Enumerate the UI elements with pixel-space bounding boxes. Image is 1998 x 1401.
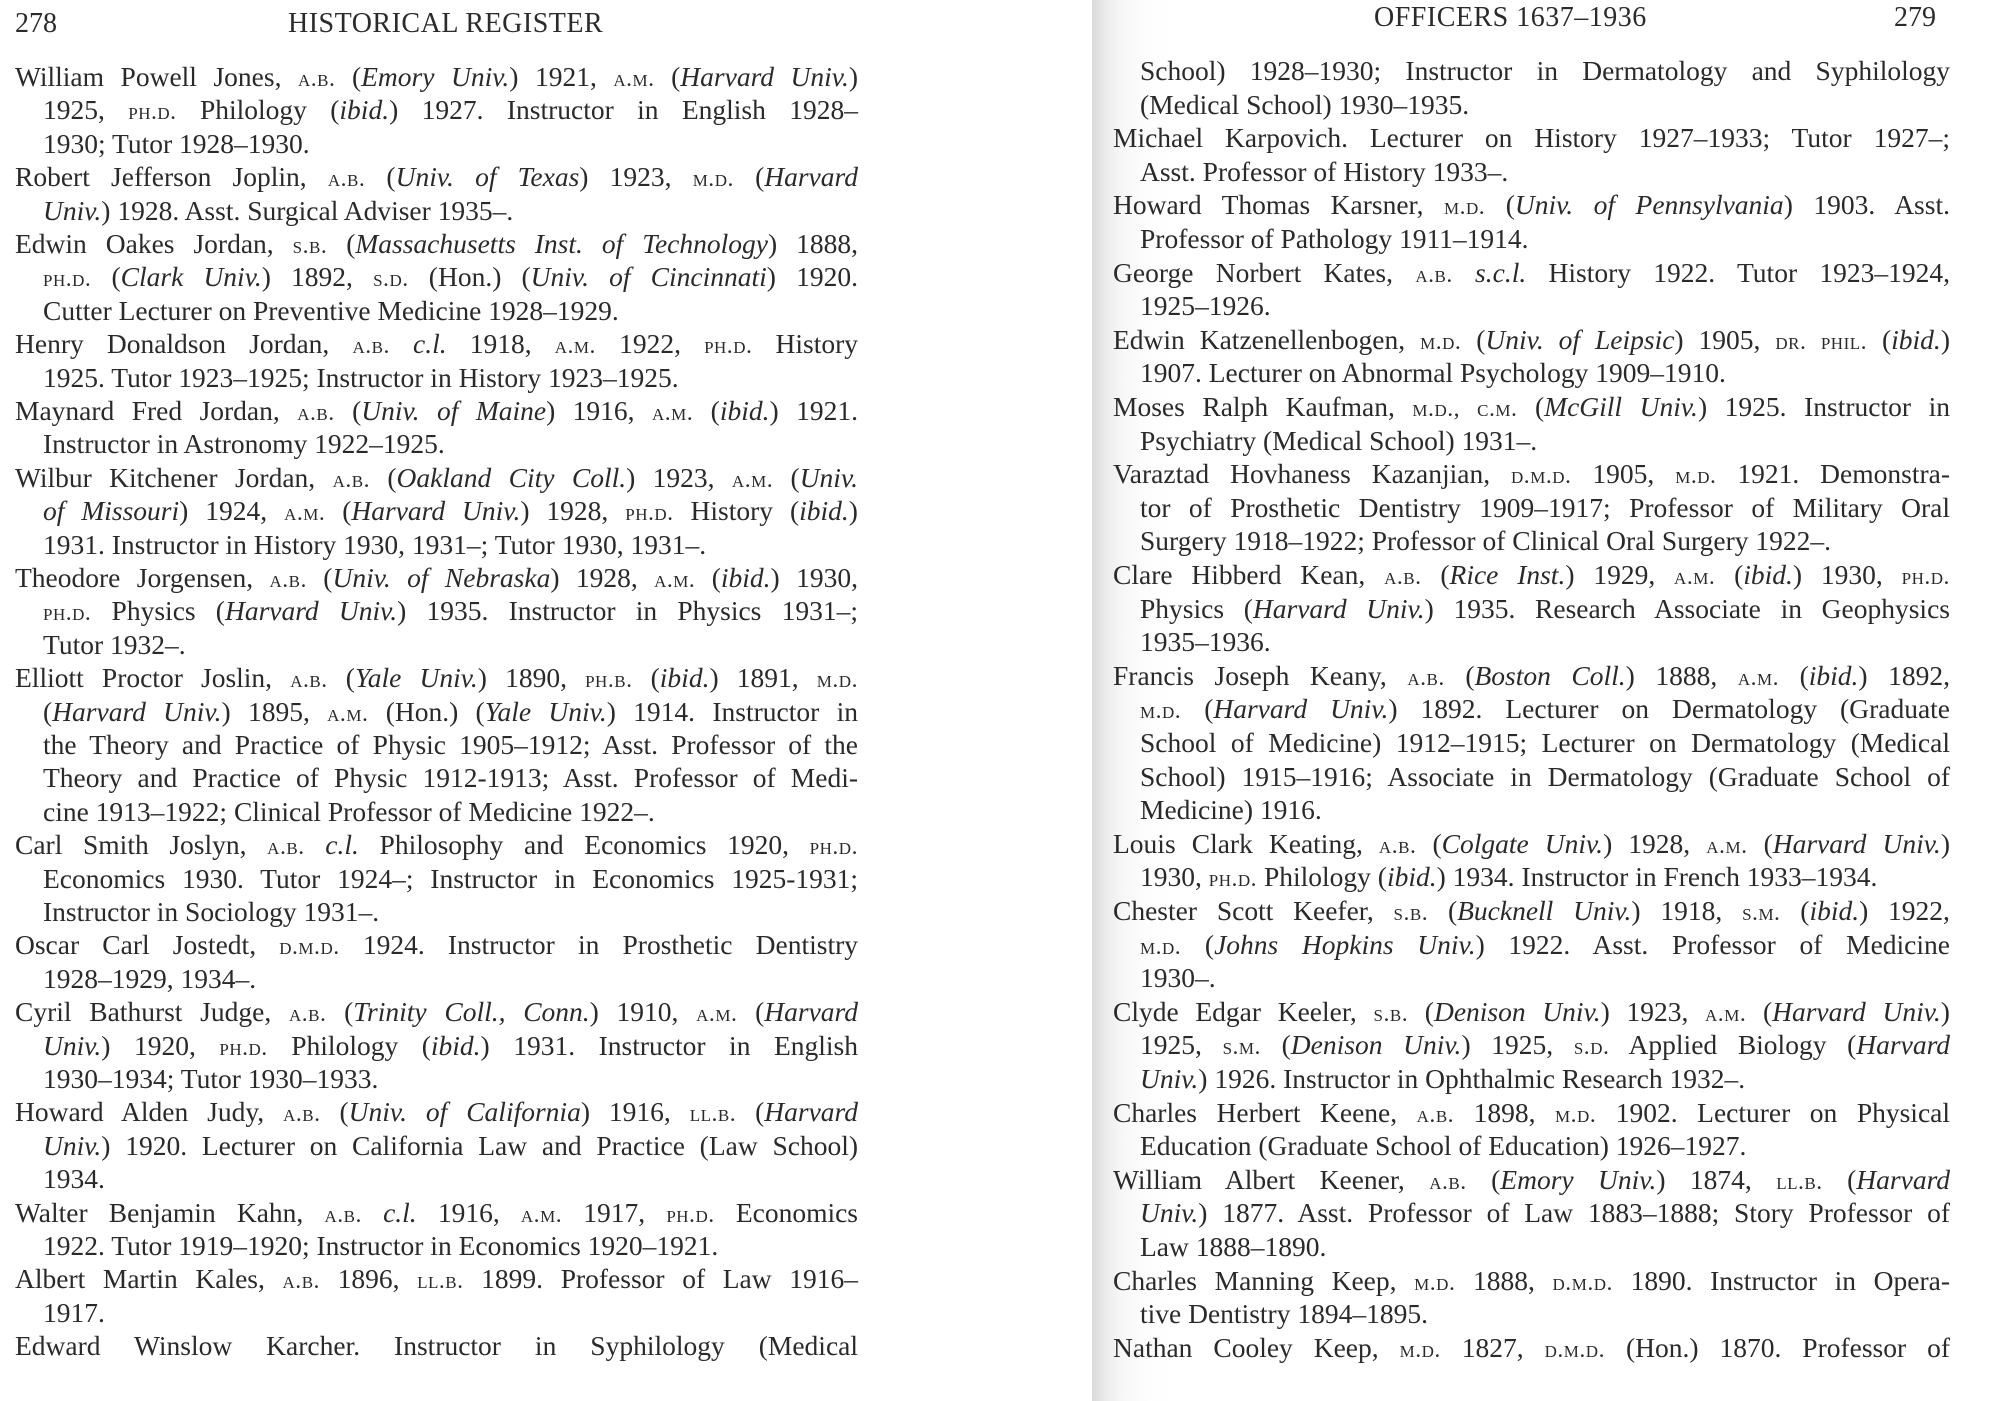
- text: Maynard Fred Jordan,: [15, 395, 297, 426]
- italic-text: Univ. of Nebraska: [332, 562, 550, 593]
- text: ) 1935. Instructor in Physics 1931–;: [397, 595, 858, 626]
- italic-text: of Missouri: [43, 495, 179, 526]
- degree-abbrev: M.D.: [1140, 698, 1181, 724]
- italic-text: ibid.: [1809, 895, 1859, 926]
- text: History 1922. Tutor 1923–1924,: [1526, 257, 1950, 288]
- text: (: [1416, 828, 1441, 859]
- degree-abbrev: A.M.: [696, 1001, 737, 1027]
- text: 1905,: [1571, 458, 1675, 489]
- text: Physics (: [91, 595, 225, 626]
- text: (: [326, 996, 353, 1027]
- text: ) 1929,: [1565, 559, 1674, 590]
- degree-abbrev: M.D., C.M.: [1412, 396, 1517, 422]
- text: Physics (: [1140, 593, 1253, 624]
- entry-continuation-line: M.D. (Johns Hopkins Univ.) 1922. Asst. P…: [1140, 928, 1950, 964]
- entry-continuation-line: School of Medicine) 1912–1915; Lecturer …: [1140, 726, 1950, 759]
- italic-text: ibid.: [799, 495, 849, 526]
- text: (: [773, 462, 800, 493]
- text: 1918,: [447, 328, 555, 359]
- italic-text: ibid.: [339, 94, 389, 125]
- text: 1827,: [1441, 1332, 1545, 1363]
- text: ) 1928,: [550, 562, 654, 593]
- degree-abbrev: A.B.: [1417, 1102, 1454, 1128]
- italic-text: ibid.: [1743, 559, 1793, 590]
- entry-continuation-line: 1930, PH.D. Philology (ibid.) 1934. Inst…: [1140, 860, 1950, 896]
- text: tive Dentistry 1894–1895.: [1140, 1298, 1428, 1329]
- degree-abbrev: S.B.: [1373, 1001, 1408, 1027]
- text: (: [43, 696, 52, 727]
- degree-abbrev: A.B.: [1379, 833, 1416, 859]
- entry-continuation-line: PH.D. (Clark Univ.) 1892, S.D. (Hon.) (U…: [43, 260, 858, 296]
- text: 1899. Professor of Law 1916–: [464, 1263, 858, 1294]
- entry-continuation-line: Law 1888–1890.: [1140, 1230, 1950, 1263]
- text: [1453, 257, 1475, 288]
- text: (: [632, 662, 659, 693]
- entry-continuation-line: 1935–1936.: [1140, 625, 1950, 658]
- italic-text: Harvard: [1856, 1164, 1950, 1195]
- text: George Norbert Kates,: [1113, 257, 1415, 288]
- degree-abbrev: A.B.: [290, 667, 327, 693]
- text: Economics 1930. Tutor 1924–; Instructor …: [43, 863, 858, 894]
- degree-abbrev: A.B.: [289, 1001, 326, 1027]
- text: [390, 328, 413, 359]
- entry-continuation-line: Univ.) 1877. Asst. Professor of Law 1883…: [1140, 1196, 1950, 1229]
- text: (: [365, 161, 395, 192]
- degree-abbrev: S.B.: [293, 233, 328, 259]
- degree-abbrev: PH.D.: [810, 834, 858, 860]
- degree-abbrev: A.B.: [1429, 1169, 1466, 1195]
- text: (: [1428, 895, 1457, 926]
- degree-abbrev: A.B.: [283, 1101, 320, 1127]
- text: (: [1408, 996, 1434, 1027]
- italic-text: Univ. of Leipsic: [1485, 324, 1674, 355]
- entry-continuation-line: 1930; Tutor 1928–1930.: [43, 127, 858, 160]
- text: ) 1924,: [179, 495, 284, 526]
- entry-continuation-line: 1934.: [43, 1162, 858, 1195]
- text: Asst. Professor of History 1933–.: [1140, 156, 1508, 187]
- entry-continuation-line: cine 1913–1922; Clinical Professor of Me…: [43, 795, 858, 828]
- left-page: 278 HISTORICAL REGISTER William Powell J…: [0, 0, 1090, 1401]
- entry-continuation-line: 1930–.: [1140, 961, 1950, 994]
- text: [362, 1197, 383, 1228]
- entry-continuation-line: tor of Prosthetic Dentistry 1909–1917; P…: [1140, 491, 1950, 524]
- entry-continuation-line: Cutter Lecturer on Preventive Medicine 1…: [43, 294, 858, 327]
- italic-text: ibid.: [1387, 861, 1437, 892]
- degree-abbrev: A.B.: [1415, 262, 1452, 288]
- text: Philology (: [268, 1030, 431, 1061]
- text: (: [321, 1096, 349, 1127]
- degree-abbrev: A.M.: [1705, 1001, 1746, 1027]
- text: ) 1910,: [590, 996, 696, 1027]
- text: (: [1746, 996, 1772, 1027]
- degree-abbrev: A.B.: [267, 834, 304, 860]
- text: Cyril Bathurst Judge,: [15, 996, 289, 1027]
- text: ) 1925,: [1461, 1029, 1573, 1060]
- entry-continuation-line: M.D. (Harvard Univ.) 1892. Lecturer on D…: [1140, 692, 1950, 728]
- text: Louis Clark Keating,: [1113, 828, 1379, 859]
- entry-first-line: Wilbur Kitchener Jordan, A.B. (Oakland C…: [15, 461, 858, 497]
- italic-text: Univ. of Texas: [396, 161, 580, 192]
- entry-continuation-line: Professor of Pathology 1911–1914.: [1140, 222, 1950, 255]
- entry-continuation-line: Asst. Professor of History 1933–.: [1140, 155, 1950, 188]
- text: ) 1918,: [1631, 895, 1742, 926]
- text: ): [849, 61, 858, 92]
- degree-abbrev: PH.D.: [43, 600, 91, 626]
- text: ) 1926. Instructor in Ophthalmic Researc…: [1198, 1063, 1745, 1094]
- text: (: [1867, 324, 1891, 355]
- degree-abbrev: DR. PHIL.: [1775, 329, 1867, 355]
- entry-continuation-line: 1917.: [43, 1296, 858, 1329]
- text: 1896,: [320, 1263, 417, 1294]
- italic-text: Harvard Univ.: [680, 61, 849, 92]
- italic-text: Harvard: [764, 1096, 858, 1127]
- degree-abbrev: M.D.: [1140, 934, 1181, 960]
- italic-text: Emory Univ.: [361, 61, 509, 92]
- text: Education (Graduate School of Education)…: [1140, 1130, 1746, 1161]
- text: ) 1914. Instructor in: [607, 696, 858, 727]
- italic-text: Denison Univ.: [1291, 1029, 1462, 1060]
- text: 1934.: [43, 1163, 105, 1194]
- text: (: [335, 61, 361, 92]
- text: ) 1892,: [262, 261, 373, 292]
- text: (: [1181, 693, 1213, 724]
- italic-text: Univ.: [43, 1030, 101, 1061]
- entry-continuation-line: Economics 1930. Tutor 1924–; Instructor …: [43, 862, 858, 895]
- italic-text: Boston Coll.: [1474, 660, 1625, 691]
- text: ) 1928. Asst. Surgical Adviser 1935–.: [101, 195, 513, 226]
- text: (: [91, 261, 120, 292]
- entry-first-line: Maynard Fred Jordan, A.B. (Univ. of Main…: [15, 394, 858, 430]
- text: (: [655, 61, 681, 92]
- text: (: [1823, 1164, 1857, 1195]
- text: Albert Martin Kales,: [15, 1263, 283, 1294]
- text: (: [327, 228, 355, 259]
- degree-abbrev: A.M.: [732, 467, 773, 493]
- text: ) 1922,: [1859, 895, 1950, 926]
- entry-first-line: Howard Thomas Karsner, M.D. (Univ. of Pe…: [1113, 188, 1950, 224]
- entry-continuation-line: School) 1928–1930; Instructor in Dermato…: [1140, 54, 1950, 87]
- italic-text: McGill Univ.: [1544, 391, 1698, 422]
- italic-text: c.l.: [325, 829, 359, 860]
- degree-abbrev: A.B.: [1407, 665, 1444, 691]
- italic-text: Univ.: [1140, 1197, 1198, 1228]
- entry-continuation-line: tive Dentistry 1894–1895.: [1140, 1297, 1950, 1330]
- italic-text: Bucknell Univ.: [1457, 895, 1631, 926]
- italic-text: Harvard Univ.: [52, 696, 221, 727]
- italic-text: ibid.: [431, 1030, 481, 1061]
- text: ): [1941, 324, 1950, 355]
- italic-text: ibid.: [1891, 324, 1941, 355]
- text: ) 1916,: [581, 1096, 690, 1127]
- running-head-left: HISTORICAL REGISTER: [288, 8, 603, 40]
- italic-text: ibid.: [721, 562, 771, 593]
- text: Clyde Edgar Keeler,: [1113, 996, 1373, 1027]
- entry-continuation-line: Tutor 1932–.: [43, 628, 858, 661]
- degree-abbrev: A.M.: [1706, 833, 1747, 859]
- degree-abbrev: LL.B.: [690, 1101, 736, 1127]
- text: Francis Joseph Keany,: [1113, 660, 1407, 691]
- degree-abbrev: A.M.: [521, 1202, 562, 1228]
- italic-text: Colgate Univ.: [1442, 828, 1603, 859]
- italic-text: Harvard Univ.: [225, 595, 397, 626]
- degree-abbrev: LL.B.: [1776, 1169, 1822, 1195]
- italic-text: ibid.: [660, 662, 710, 693]
- text: Charles Herbert Keene,: [1113, 1097, 1417, 1128]
- entry-continuation-line: 1931. Instructor in History 1930, 1931–;…: [43, 528, 858, 561]
- degree-abbrev: A.M.: [284, 500, 325, 526]
- italic-text: Univ.: [43, 1130, 101, 1161]
- text: Law 1888–1890.: [1140, 1231, 1326, 1262]
- text: (Hon.) (: [368, 696, 484, 727]
- text: Henry Donaldson Jordan,: [15, 328, 352, 359]
- entry-first-line: Edwin Katzenellenbogen, M.D. (Univ. of L…: [1113, 323, 1950, 359]
- text: Carl Smith Joslyn,: [15, 829, 267, 860]
- text: 1917,: [562, 1197, 666, 1228]
- degree-abbrev: A.M.: [654, 567, 695, 593]
- text: ) 1905,: [1674, 324, 1775, 355]
- italic-text: Harvard Univ.: [1213, 693, 1388, 724]
- text: Theory and Practice of Physic 1912-1913;…: [43, 762, 858, 793]
- text: (: [734, 161, 764, 192]
- text: (Hon.) (: [409, 261, 531, 292]
- text: ) 1920.: [767, 261, 858, 292]
- italic-text: Denison Univ.: [1434, 996, 1601, 1027]
- text: (: [1747, 828, 1772, 859]
- text: ) 1930,: [771, 562, 858, 593]
- text: ) 1888,: [768, 228, 858, 259]
- degree-abbrev: S.D.: [1574, 1034, 1610, 1060]
- text: Howard Alden Judy,: [15, 1096, 283, 1127]
- text: ) 1927. Instructor in English 1928–: [389, 94, 858, 125]
- running-head-right: OFFICERS 1637–1936: [1374, 2, 1647, 34]
- degree-abbrev: D.M.D.: [1553, 1270, 1613, 1296]
- text: Applied Biology (: [1609, 1029, 1856, 1060]
- degree-abbrev: A.B.: [352, 333, 389, 359]
- text: School of Medicine) 1912–1915; Lecturer …: [1140, 727, 1950, 758]
- degree-abbrev: S.M.: [1742, 900, 1780, 926]
- text: ) 1891,: [709, 662, 816, 693]
- entry-first-line: Albert Martin Kales, A.B. 1896, LL.B. 18…: [15, 1262, 858, 1298]
- degree-abbrev: PH.D.: [666, 1202, 714, 1228]
- text: (Hon.) 1870. Professor of: [1605, 1332, 1950, 1363]
- text: (: [1422, 559, 1450, 590]
- degree-abbrev: A.B.: [324, 1202, 361, 1228]
- text: (: [695, 562, 721, 593]
- text: Instructor in Sociology 1931–.: [43, 896, 379, 927]
- italic-text: Univ. of California: [349, 1096, 581, 1127]
- entry-first-line: Carl Smith Joslyn, A.B. c.l. Philosophy …: [15, 828, 858, 864]
- text: ) 1888,: [1626, 660, 1738, 691]
- italic-text: Univ.: [1140, 1063, 1198, 1094]
- text: (: [325, 495, 351, 526]
- degree-abbrev: M.D.: [1675, 463, 1716, 489]
- italic-text: Harvard: [764, 996, 858, 1027]
- text: Economics: [715, 1197, 858, 1228]
- text: (: [1715, 559, 1743, 590]
- text: 1921. Demonstra-: [1716, 458, 1950, 489]
- text: (: [307, 562, 333, 593]
- entry-first-line: Elliott Proctor Joslin, A.B. (Yale Univ.…: [15, 661, 858, 697]
- italic-text: Yale Univ.: [485, 696, 607, 727]
- text: Philosophy and Economics 1920,: [359, 829, 810, 860]
- text: (: [335, 395, 362, 426]
- text: Oscar Carl Jostedt,: [15, 929, 279, 960]
- degree-abbrev: A.M.: [555, 333, 596, 359]
- text: Tutor 1932–.: [43, 629, 186, 660]
- degree-abbrev: M.D.: [817, 667, 858, 693]
- text: ) 1923,: [626, 462, 732, 493]
- text: ) 1903. Asst.: [1784, 189, 1950, 220]
- text: ) 1934. Instructor in French 1933–1934.: [1437, 861, 1878, 892]
- text: William Albert Keener,: [1113, 1164, 1429, 1195]
- italic-text: Yale Univ.: [355, 662, 478, 693]
- text: ): [849, 495, 858, 526]
- text: Instructor in Astronomy 1922–1925.: [43, 428, 445, 459]
- text: 1907. Lecturer on Abnormal Psychology 19…: [1140, 357, 1726, 388]
- degree-abbrev: PH.D.: [43, 266, 91, 292]
- text: (: [1261, 1029, 1291, 1060]
- text: ) 1916,: [546, 395, 652, 426]
- text: Robert Jefferson Joplin,: [15, 161, 328, 192]
- entry-continuation-line: Theory and Practice of Physic 1912-1913;…: [43, 761, 858, 794]
- degree-abbrev: PH.D.: [625, 500, 673, 526]
- italic-text: c.l.: [413, 328, 447, 359]
- text: (: [736, 1096, 764, 1127]
- text: Medicine) 1916.: [1140, 794, 1322, 825]
- entry-first-line: Charles Herbert Keene, A.B. 1898, M.D. 1…: [1113, 1096, 1950, 1132]
- italic-text: Harvard Univ.: [1253, 593, 1425, 624]
- text: School) 1915–1916; Associate in Dermatol…: [1140, 761, 1950, 792]
- italic-text: Johns Hopkins Univ.: [1214, 929, 1476, 960]
- text: Edwin Katzenellenbogen,: [1113, 324, 1420, 355]
- text: 1931. Instructor in History 1930, 1931–;…: [43, 529, 706, 560]
- text: 1925,: [43, 94, 128, 125]
- degree-abbrev: M.D.: [693, 166, 734, 192]
- degree-abbrev: A.M.: [1738, 665, 1779, 691]
- italic-text: Univ. of Cincinnati: [531, 261, 767, 292]
- entry-continuation-line: Univ.) 1920. Lecturer on California Law …: [43, 1129, 858, 1162]
- text: (: [1779, 660, 1809, 691]
- degree-abbrev: A.B.: [333, 467, 370, 493]
- entry-first-line: Varaztad Hovhaness Kazanjian, D.M.D. 190…: [1113, 457, 1950, 493]
- text: (: [1517, 391, 1544, 422]
- text: ) 1923,: [1601, 996, 1705, 1027]
- text: 1925. Tutor 1923–1925; Instructor in His…: [43, 362, 679, 393]
- text: Professor of Pathology 1911–1914.: [1140, 223, 1529, 254]
- text: ) 1928,: [520, 495, 625, 526]
- italic-text: Harvard Univ.: [1772, 996, 1941, 1027]
- degree-abbrev: PH.D.: [1209, 866, 1257, 892]
- entry-first-line: Robert Jefferson Joplin, A.B. (Univ. of …: [15, 160, 858, 196]
- degree-abbrev: A.B.: [1384, 564, 1421, 590]
- text: 1888,: [1455, 1265, 1552, 1296]
- entry-first-line: Henry Donaldson Jordan, A.B. c.l. 1918, …: [15, 327, 858, 363]
- text: Theodore Jorgensen,: [15, 562, 269, 593]
- italic-text: Univ.: [800, 462, 858, 493]
- entry-first-line: Oscar Carl Jostedt, D.M.D. 1924. Instruc…: [15, 928, 858, 964]
- text: ) 1920,: [101, 1030, 219, 1061]
- text: ) 1877. Asst. Professor of Law 1883–1888…: [1198, 1197, 1950, 1228]
- italic-text: Trinity Coll., Conn.: [353, 996, 589, 1027]
- degree-abbrev: A.M.: [327, 701, 368, 727]
- degree-abbrev: A.B.: [283, 1268, 320, 1294]
- entry-continuation-line: Univ.) 1926. Instructor in Ophthalmic Re…: [1140, 1062, 1950, 1095]
- degree-abbrev: A.M.: [613, 66, 654, 92]
- text: (: [1467, 1164, 1501, 1195]
- entry-first-line: Theodore Jorgensen, A.B. (Univ. of Nebra…: [15, 561, 858, 597]
- italic-text: Emory Univ.: [1500, 1164, 1656, 1195]
- text: 1890. Instructor in Opera-: [1613, 1265, 1950, 1296]
- degree-abbrev: M.D.: [1555, 1102, 1596, 1128]
- entry-continuation-line: 1928–1929, 1934–.: [43, 962, 858, 995]
- text: 1930–.: [1140, 962, 1216, 993]
- degree-abbrev: S.D.: [373, 266, 409, 292]
- text: ) 1925. Instructor in: [1698, 391, 1950, 422]
- entry-first-line: Nathan Cooley Keep, M.D. 1827, D.M.D. (H…: [1113, 1331, 1950, 1367]
- italic-text: ibid.: [1809, 660, 1859, 691]
- entry-continuation-line: Univ.) 1920, PH.D. Philology (ibid.) 193…: [43, 1029, 858, 1065]
- degree-abbrev: S.M.: [1223, 1034, 1261, 1060]
- entry-first-line: Michael Karpovich. Lecturer on History 1…: [1113, 121, 1950, 154]
- text: ) 1921.: [769, 395, 857, 426]
- text: School) 1928–1930; Instructor in Dermato…: [1140, 55, 1950, 86]
- text: 1925,: [1140, 1029, 1223, 1060]
- entry-continuation-line: Education (Graduate School of Education)…: [1140, 1129, 1950, 1162]
- text: (: [1780, 895, 1809, 926]
- right-page: OFFICERS 1637–1936 279 School) 1928–1930…: [1092, 0, 1998, 1401]
- text: ) 1874,: [1656, 1164, 1776, 1195]
- degree-abbrev: M.D.: [1420, 329, 1461, 355]
- text: ) 1895,: [221, 696, 327, 727]
- entry-continuation-line: Univ.) 1928. Asst. Surgical Adviser 1935…: [43, 194, 858, 227]
- degree-abbrev: M.D.: [1414, 1270, 1455, 1296]
- italic-text: Harvard: [764, 161, 858, 192]
- text: (: [737, 996, 764, 1027]
- text: Elliott Proctor Joslin,: [15, 662, 290, 693]
- text: Michael Karpovich. Lecturer on History 1…: [1113, 122, 1950, 153]
- entry-first-line: Edward Winslow Karcher. Instructor in Sy…: [15, 1329, 858, 1362]
- italic-text: Univ. of Maine: [361, 395, 546, 426]
- entry-first-line: Clare Hibberd Kean, A.B. (Rice Inst.) 19…: [1113, 558, 1950, 594]
- text: Edwin Oakes Jordan,: [15, 228, 293, 259]
- text: Nathan Cooley Keep,: [1113, 1332, 1400, 1363]
- entry-continuation-line: Surgery 1918–1922; Professor of Clinical…: [1140, 524, 1950, 557]
- text: Varaztad Hovhaness Kazanjian,: [1113, 458, 1511, 489]
- text: [305, 829, 326, 860]
- text: cine 1913–1922; Clinical Professor of Me…: [43, 796, 655, 827]
- italic-text: Harvard Univ.: [1773, 828, 1941, 859]
- italic-text: Harvard: [1856, 1029, 1950, 1060]
- entry-continuation-line: Psychiatry (Medical School) 1931–.: [1140, 424, 1950, 457]
- entry-first-line: Francis Joseph Keany, A.B. (Boston Coll.…: [1113, 659, 1950, 695]
- italic-text: Clark Univ.: [121, 261, 262, 292]
- italic-text: ibid.: [720, 395, 770, 426]
- text: (: [1445, 660, 1475, 691]
- text: (: [693, 395, 720, 426]
- text: (Medical School) 1930–1935.: [1140, 89, 1469, 120]
- entry-first-line: William Powell Jones, A.B. (Emory Univ.)…: [15, 60, 858, 96]
- text: William Powell Jones,: [15, 61, 298, 92]
- text: 1916,: [417, 1197, 521, 1228]
- degree-abbrev: PH.D.: [704, 333, 752, 359]
- entry-first-line: Louis Clark Keating, A.B. (Colgate Univ.…: [1113, 827, 1950, 863]
- degree-abbrev: S.B.: [1394, 900, 1429, 926]
- text: ) 1922. Asst. Professor of Medicine: [1476, 929, 1950, 960]
- text: 1928–1929, 1934–.: [43, 963, 256, 994]
- text: ) 1920. Lecturer on California Law and P…: [101, 1130, 858, 1161]
- text: Philology (: [177, 94, 340, 125]
- entry-continuation-line: Instructor in Astronomy 1922–1925.: [43, 427, 858, 460]
